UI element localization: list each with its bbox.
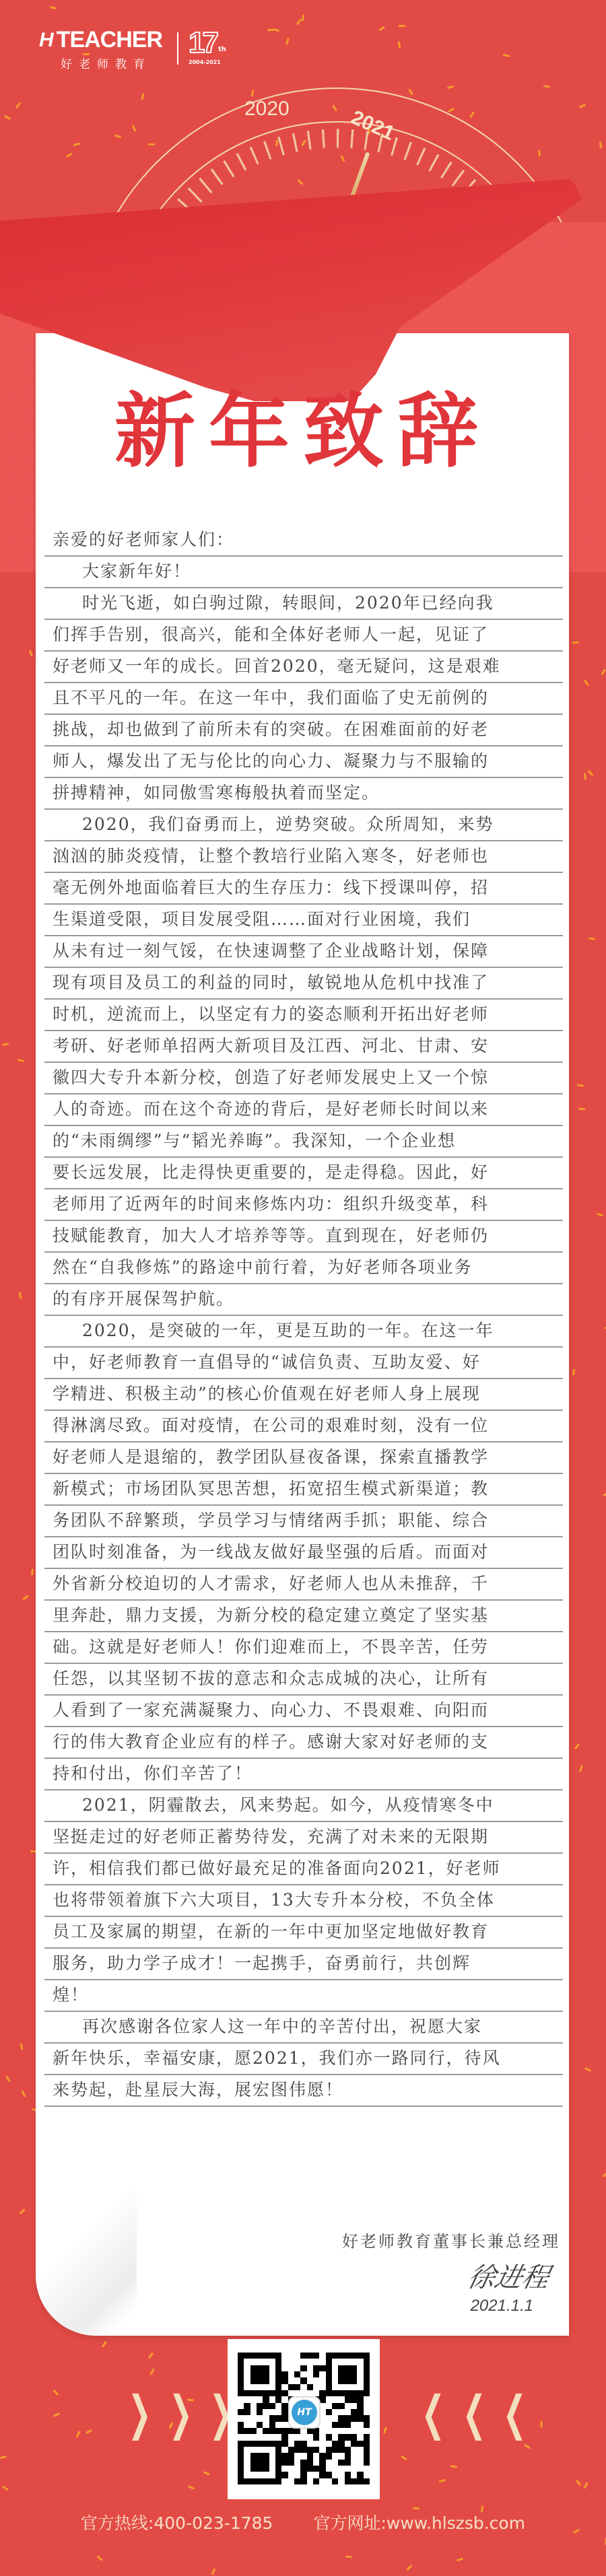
letter-line: 且不平凡的一年。在这一年中，我们面临了史无前例的 <box>44 683 563 715</box>
hotline[interactable]: 官方热线:400-023-1785 <box>81 2510 273 2534</box>
letter-line: 也将带领着旗下六大项目，13大专升本分校，不负全体 <box>44 1885 563 1917</box>
letter-line: 人看到了一家充满凝聚力、向心力、不畏艰难、向阳而 <box>44 1696 563 1727</box>
letter-line: 服务，助力学子成才！一起携手，奋勇前行，共创辉 <box>44 1949 563 1980</box>
qr-logo-icon: HT <box>288 2396 321 2429</box>
confetti-icon <box>148 143 155 145</box>
letter-line: 人的奇迹。而在这个奇迹的背后，是好老师长时间以来 <box>44 1094 563 1126</box>
letter-line: 好老师人是退缩的，教学团队昼夜备课，探索直播教学 <box>44 1442 563 1474</box>
letter-line: 现有项目及员工的利益的同时，敏锐地从危机中找准了 <box>44 968 563 1000</box>
letter-line: 然在“自我修炼”的路途中前行着，为好老师各项业务 <box>44 1253 563 1284</box>
letter-line: 生渠道受限，项目发展受阻……面对行业困境，我们 <box>44 905 563 936</box>
letter-line: 煌！ <box>44 1980 563 2012</box>
letter-line: 大家新年好！ <box>44 557 563 588</box>
logo-divider <box>177 32 178 65</box>
letter-line: 中，好老师教育一直倡导的“诚信负责、互助友爱、好 <box>44 1348 563 1379</box>
anniversary-years: 2004-2021 <box>189 59 221 65</box>
letter-line: 时机，逆流而上，以坚定有力的姿态顺利开拓出好老师 <box>44 1000 563 1031</box>
letter-line: 持和付出，你们辛苦了！ <box>44 1759 563 1790</box>
letter-line: 来势起，赴星辰大海，展宏图伟愿！ <box>44 2075 563 2107</box>
letter-line: 团队时刻准备，为一线战友做好最坚强的后盾。而面对 <box>44 1537 563 1569</box>
arrow-icon: ❮ <box>462 2396 485 2430</box>
logo-text: TEACHER <box>57 27 162 53</box>
arrow-icon: ❮ <box>422 2396 445 2430</box>
letter-line: 行的伟大教育企业应有的样子。感谢大家对好老师的支 <box>44 1727 563 1759</box>
letter-line: 毫无例外地面临着巨大的生存压力：线下授课叫停，招 <box>44 873 563 905</box>
letter-line: 新年快乐，幸福安康，愿2021，我们亦一路同行，待风 <box>44 2044 563 2075</box>
paper-curl <box>36 2174 137 2336</box>
anniversary-badge: 17 th 2004-2021 <box>189 28 221 65</box>
arrow-icon: ❯ <box>128 2396 151 2430</box>
letter-body: 亲爱的好老师家人们：大家新年好！时光飞逝，如白驹过隙，转眼间，2020年已经向我… <box>44 525 563 2107</box>
letter-line: 2020，是突破的一年，更是互助的一年。在这一年 <box>44 1316 563 1348</box>
letter-line: 老师用了近两年的时间来修炼内功：组织升级变革，科 <box>44 1189 563 1221</box>
logo-chinese-name: 好老师教育 <box>61 55 162 71</box>
letter-title: 新年致辞 <box>0 367 606 483</box>
letter-line: 的有序开展保驾护航。 <box>44 1284 563 1316</box>
letter-line: 技赋能教育，加大人才培养等等。直到现在，好老师仍 <box>44 1221 563 1253</box>
letter-line: 2021，阴霾散去，风来势起。如今，从疫情寒冬中 <box>44 1790 563 1822</box>
letter-line: 要长远发展，比走得快更重要的，是走得稳。因此，好 <box>44 1158 563 1189</box>
confetti-icon <box>399 25 405 27</box>
brand-logo: H TEACHER 好老师教育 17 th 2004-2021 <box>39 27 162 71</box>
letter-line: 外省新分校迫切的人才需求，好老师人也从未推辞，千 <box>44 1569 563 1601</box>
letter-line: 里奔赴，鼎力支援，为新分校的稳定建立奠定了坚实基 <box>44 1601 563 1632</box>
letter-line: 汹汹的肺炎疫情，让整个教培行业陷入寒冬，好老师也 <box>44 841 563 873</box>
letter-line: 亲爱的好老师家人们： <box>44 525 563 557</box>
letter-line: 挑战，却也做到了前所未有的突破。在困难面前的好老 <box>44 715 563 746</box>
letter-line: 时光飞逝，如白驹过隙，转眼间，2020年已经向我 <box>44 588 563 620</box>
letter-line: 础。这就是好老师人！你们迎难而上，不畏辛苦，任劳 <box>44 1632 563 1664</box>
letter-line: 任怨，以其坚韧不拔的意志和众志成城的决心，让所有 <box>44 1664 563 1696</box>
anniversary-number: 17 <box>189 28 221 58</box>
confetti-icon <box>538 149 541 156</box>
letter-line: 坚挺走过的好老师正蓄势待发，充满了对未来的无限期 <box>44 1822 563 1854</box>
arrows-left-icon: ❮❮❮ <box>413 2396 535 2430</box>
confetti-icon <box>578 1108 585 1111</box>
letter-line: 拼搏精神，如同傲雪寒梅般执着而坚定。 <box>44 778 563 810</box>
qr-code[interactable]: HT <box>228 2339 380 2499</box>
letter-line: 好老师又一年的成长。回首2020，毫无疑问，这是艰难 <box>44 652 563 683</box>
logo-mark-icon: H <box>39 29 53 52</box>
letter-line: 考研、好老师单招两大新项目及江西、河北、甘肃、安 <box>44 1031 563 1063</box>
letter-line: 员工及家属的期望，在新的一年中更加坚定地做好教育 <box>44 1917 563 1949</box>
letter-line: 从未有过一刻气馁，在快速调整了企业战略计划，保障 <box>44 936 563 968</box>
dial-year-2020: 2020 <box>244 98 290 120</box>
confetti-icon <box>267 29 274 32</box>
letter-line: 们挥手告别，很高兴，能和全体好老师人一起，见证了 <box>44 620 563 652</box>
anniversary-suffix: th <box>218 46 226 53</box>
letter-line: 许，相信我们都已做好最充足的准备面向2021，好老师 <box>44 1854 563 1885</box>
letter-line: 2020，我们奋勇而上，逆势突破。众所周知，来势 <box>44 810 563 841</box>
signer-title: 好老师教育董事长兼总经理 <box>342 2228 560 2252</box>
arrow-icon: ❮ <box>503 2396 527 2430</box>
letter-line: 得淋漓尽致。面对疫情，在公司的艰难时刻，没有一位 <box>44 1411 563 1442</box>
arrow-icon: ❯ <box>168 2396 192 2430</box>
letter-line: 新模式；市场团队冥思苦想，拓宽招生模式新渠道；教 <box>44 1474 563 1506</box>
contact-info: 官方热线:400-023-1785 官方网址:www.hlszsb.com <box>0 2510 606 2534</box>
arrows-right-icon: ❯❯❯ <box>120 2396 241 2430</box>
letter-line: 的“未雨绸缪”与“韬光养晦”。我深知，一个企业想 <box>44 1126 563 1158</box>
letter-line: 再次感谢各位家人这一年中的辛苦付出，祝愿大家 <box>44 2012 563 2044</box>
signature: 徐进程 <box>465 2256 553 2295</box>
letter-line: 学精进、积极主动”的核心价值观在好老师人身上展现 <box>44 1379 563 1411</box>
letter-date: 2021.1.1 <box>471 2297 533 2316</box>
website-link[interactable]: 官方网址:www.hlszsb.com <box>313 2510 525 2534</box>
letter-line: 师人，爆发出了无与伦比的向心力、凝聚力与不服输的 <box>44 746 563 778</box>
letter-line: 徽四大专升本新分校，创造了好老师发展史上又一个惊 <box>44 1063 563 1094</box>
letter-line: 务团队不辞繁琐，学员学习与情绪两手抓；职能、综合 <box>44 1506 563 1537</box>
